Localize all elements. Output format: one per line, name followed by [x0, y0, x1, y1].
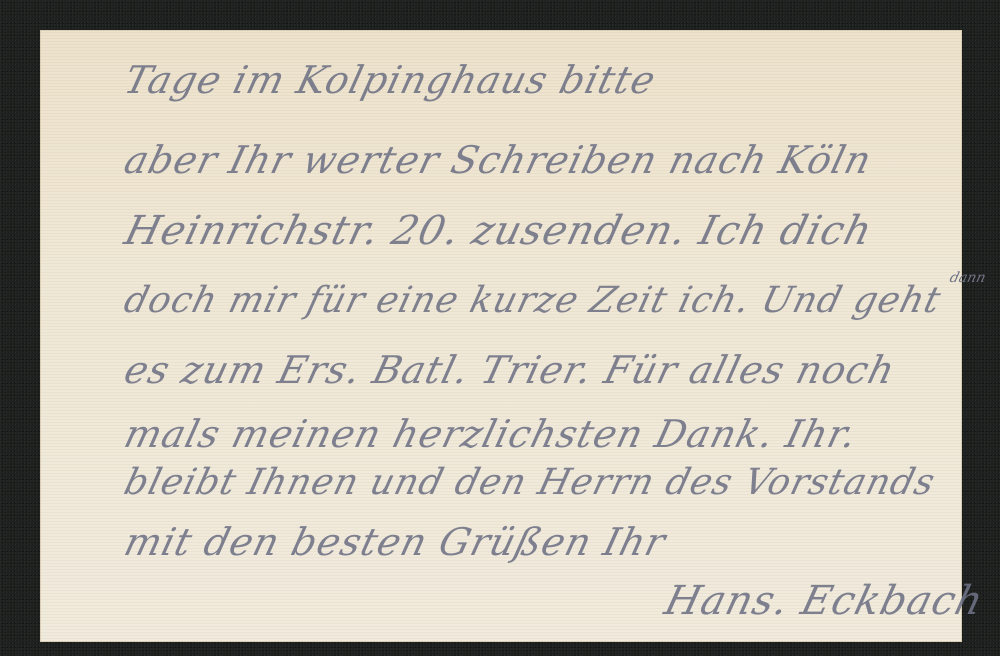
text-line-1: Tage im Kolpinghaus bitte — [120, 58, 661, 102]
text-line-8: mit den besten Grüßen Ihr — [120, 520, 671, 564]
text-line-3: Heinrichstr. 20. zusenden. Ich dich — [120, 208, 877, 254]
text-line-5: es zum Ers. Batl. Trier. Für alles noch — [120, 348, 900, 392]
text-line-4: doch mir für eine kurze Zeit ich. Und ge… — [120, 280, 945, 321]
inserted-word: dann — [948, 270, 987, 286]
text-line-7: bleibt Ihnen und den Herrn des Vorstands — [120, 462, 940, 503]
text-line-2: aber Ihr werter Schreiben nach Köln — [120, 138, 876, 182]
signature: Hans. Eckbach — [660, 578, 988, 624]
text-line-6: mals meinen herzlichsten Dank. Ihr. — [120, 412, 862, 456]
postcard: Tage im Kolpinghaus bitte aber Ihr werte… — [40, 30, 962, 642]
